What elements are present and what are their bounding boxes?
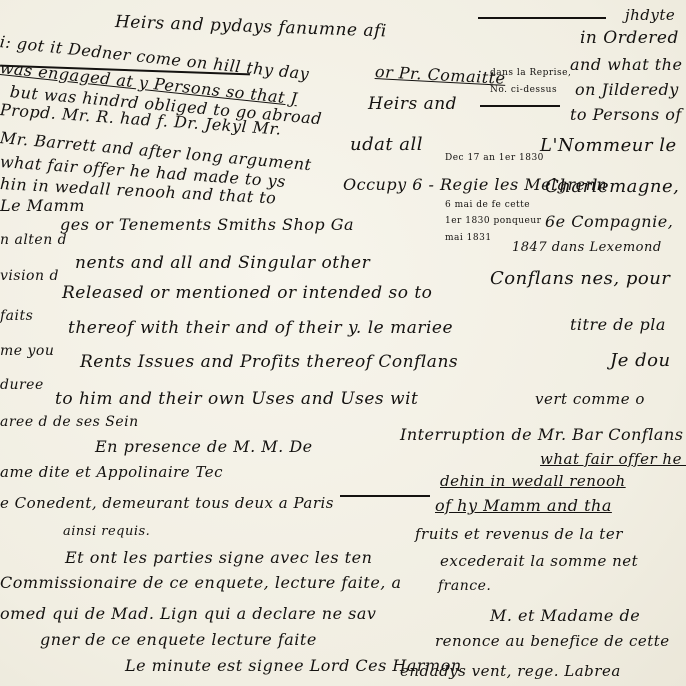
script-line: fruits et revenus de la ter	[415, 525, 623, 543]
script-line: me you	[0, 343, 54, 359]
script-line: e Conedent, demeurant tous deux a Paris	[0, 494, 334, 512]
script-line: endadys vent, rege. Labrea	[400, 662, 621, 680]
script-line: what fair offer he h	[540, 450, 686, 468]
ink-rule	[478, 17, 606, 19]
script-line: ainsi requis.	[63, 524, 150, 539]
script-line: Et ont les parties signe avec les ten	[65, 548, 372, 567]
script-line: 1er 1830 ponqueur	[445, 216, 541, 226]
script-line: thereof with their and of their y. le ma…	[68, 318, 453, 338]
script-line: vision d	[0, 268, 59, 284]
script-line: dehin in wedall renooh	[440, 472, 626, 490]
script-line: Conflans nes, pour	[490, 268, 670, 289]
script-line: france.	[438, 578, 491, 594]
ink-rule	[510, 105, 560, 107]
script-line: on Jilderedy	[575, 80, 679, 99]
script-line: excederait la somme net	[440, 552, 638, 570]
script-line: 6e Compagnie,	[545, 212, 673, 231]
script-line: Je dou	[610, 350, 671, 371]
script-line: of hy Mamm and tha	[435, 496, 612, 515]
script-line: Le Mamm	[0, 196, 85, 215]
script-line: Heirs and pydays fanumne afi	[115, 12, 387, 41]
script-line: renonce au benefice de cette	[435, 632, 670, 650]
script-line: Dec 17 an 1er 1830	[445, 153, 544, 163]
script-line: Rents Issues and Profits thereof Conflan…	[80, 352, 458, 372]
script-line: or Pr. Comaitte	[375, 62, 507, 88]
script-line: dans la Reprise,	[490, 68, 571, 78]
script-line: 6 mai de fe cette	[445, 200, 530, 210]
script-line: and what the	[570, 55, 682, 74]
script-line: omed qui de Mad. Lign qui a declare ne s…	[0, 604, 376, 623]
script-line: No. ci-dessus	[490, 85, 557, 95]
script-line: L'Nommeur le	[540, 135, 677, 156]
handwritten-script-sheet: Heirs and pydays fanumne afii: got it De…	[0, 0, 686, 686]
script-line: duree	[0, 377, 44, 393]
script-line: to him and their own Uses and Uses wit	[55, 389, 418, 409]
script-line: M. et Madame de	[490, 606, 640, 625]
script-line: faits	[0, 308, 33, 324]
script-line: En presence de M. M. De	[95, 437, 313, 456]
script-line: vert comme o	[535, 390, 645, 408]
script-line: ame dite et Appolinaire Tec	[0, 463, 223, 481]
script-line: mai 1831	[445, 233, 492, 243]
script-line: aree d de ses Sein	[0, 414, 139, 430]
script-line: jhdyte	[625, 6, 675, 24]
script-line: nents and all and Singular other	[75, 253, 370, 273]
script-line: udat all	[350, 134, 423, 155]
script-line: ges or Tenements Smiths Shop Ga	[60, 215, 354, 234]
script-line: in Ordered	[580, 28, 679, 48]
script-line: Commissionaire de ce enquete, lecture fa…	[0, 573, 402, 592]
script-line: n alten d	[0, 232, 67, 248]
script-line: Charlemagne,	[545, 176, 679, 197]
ink-rule	[340, 495, 430, 497]
script-line: Heirs and	[368, 94, 457, 114]
script-line: Released or mentioned or intended so to	[62, 283, 432, 303]
script-line: Interruption de Mr. Bar Conflans ou	[400, 425, 686, 444]
script-line: to Persons of	[570, 105, 682, 124]
script-line: titre de pla	[570, 315, 666, 334]
script-line: gner de ce enquete lecture faite	[40, 630, 317, 649]
script-line: 1847 dans Lexemond	[512, 240, 662, 255]
